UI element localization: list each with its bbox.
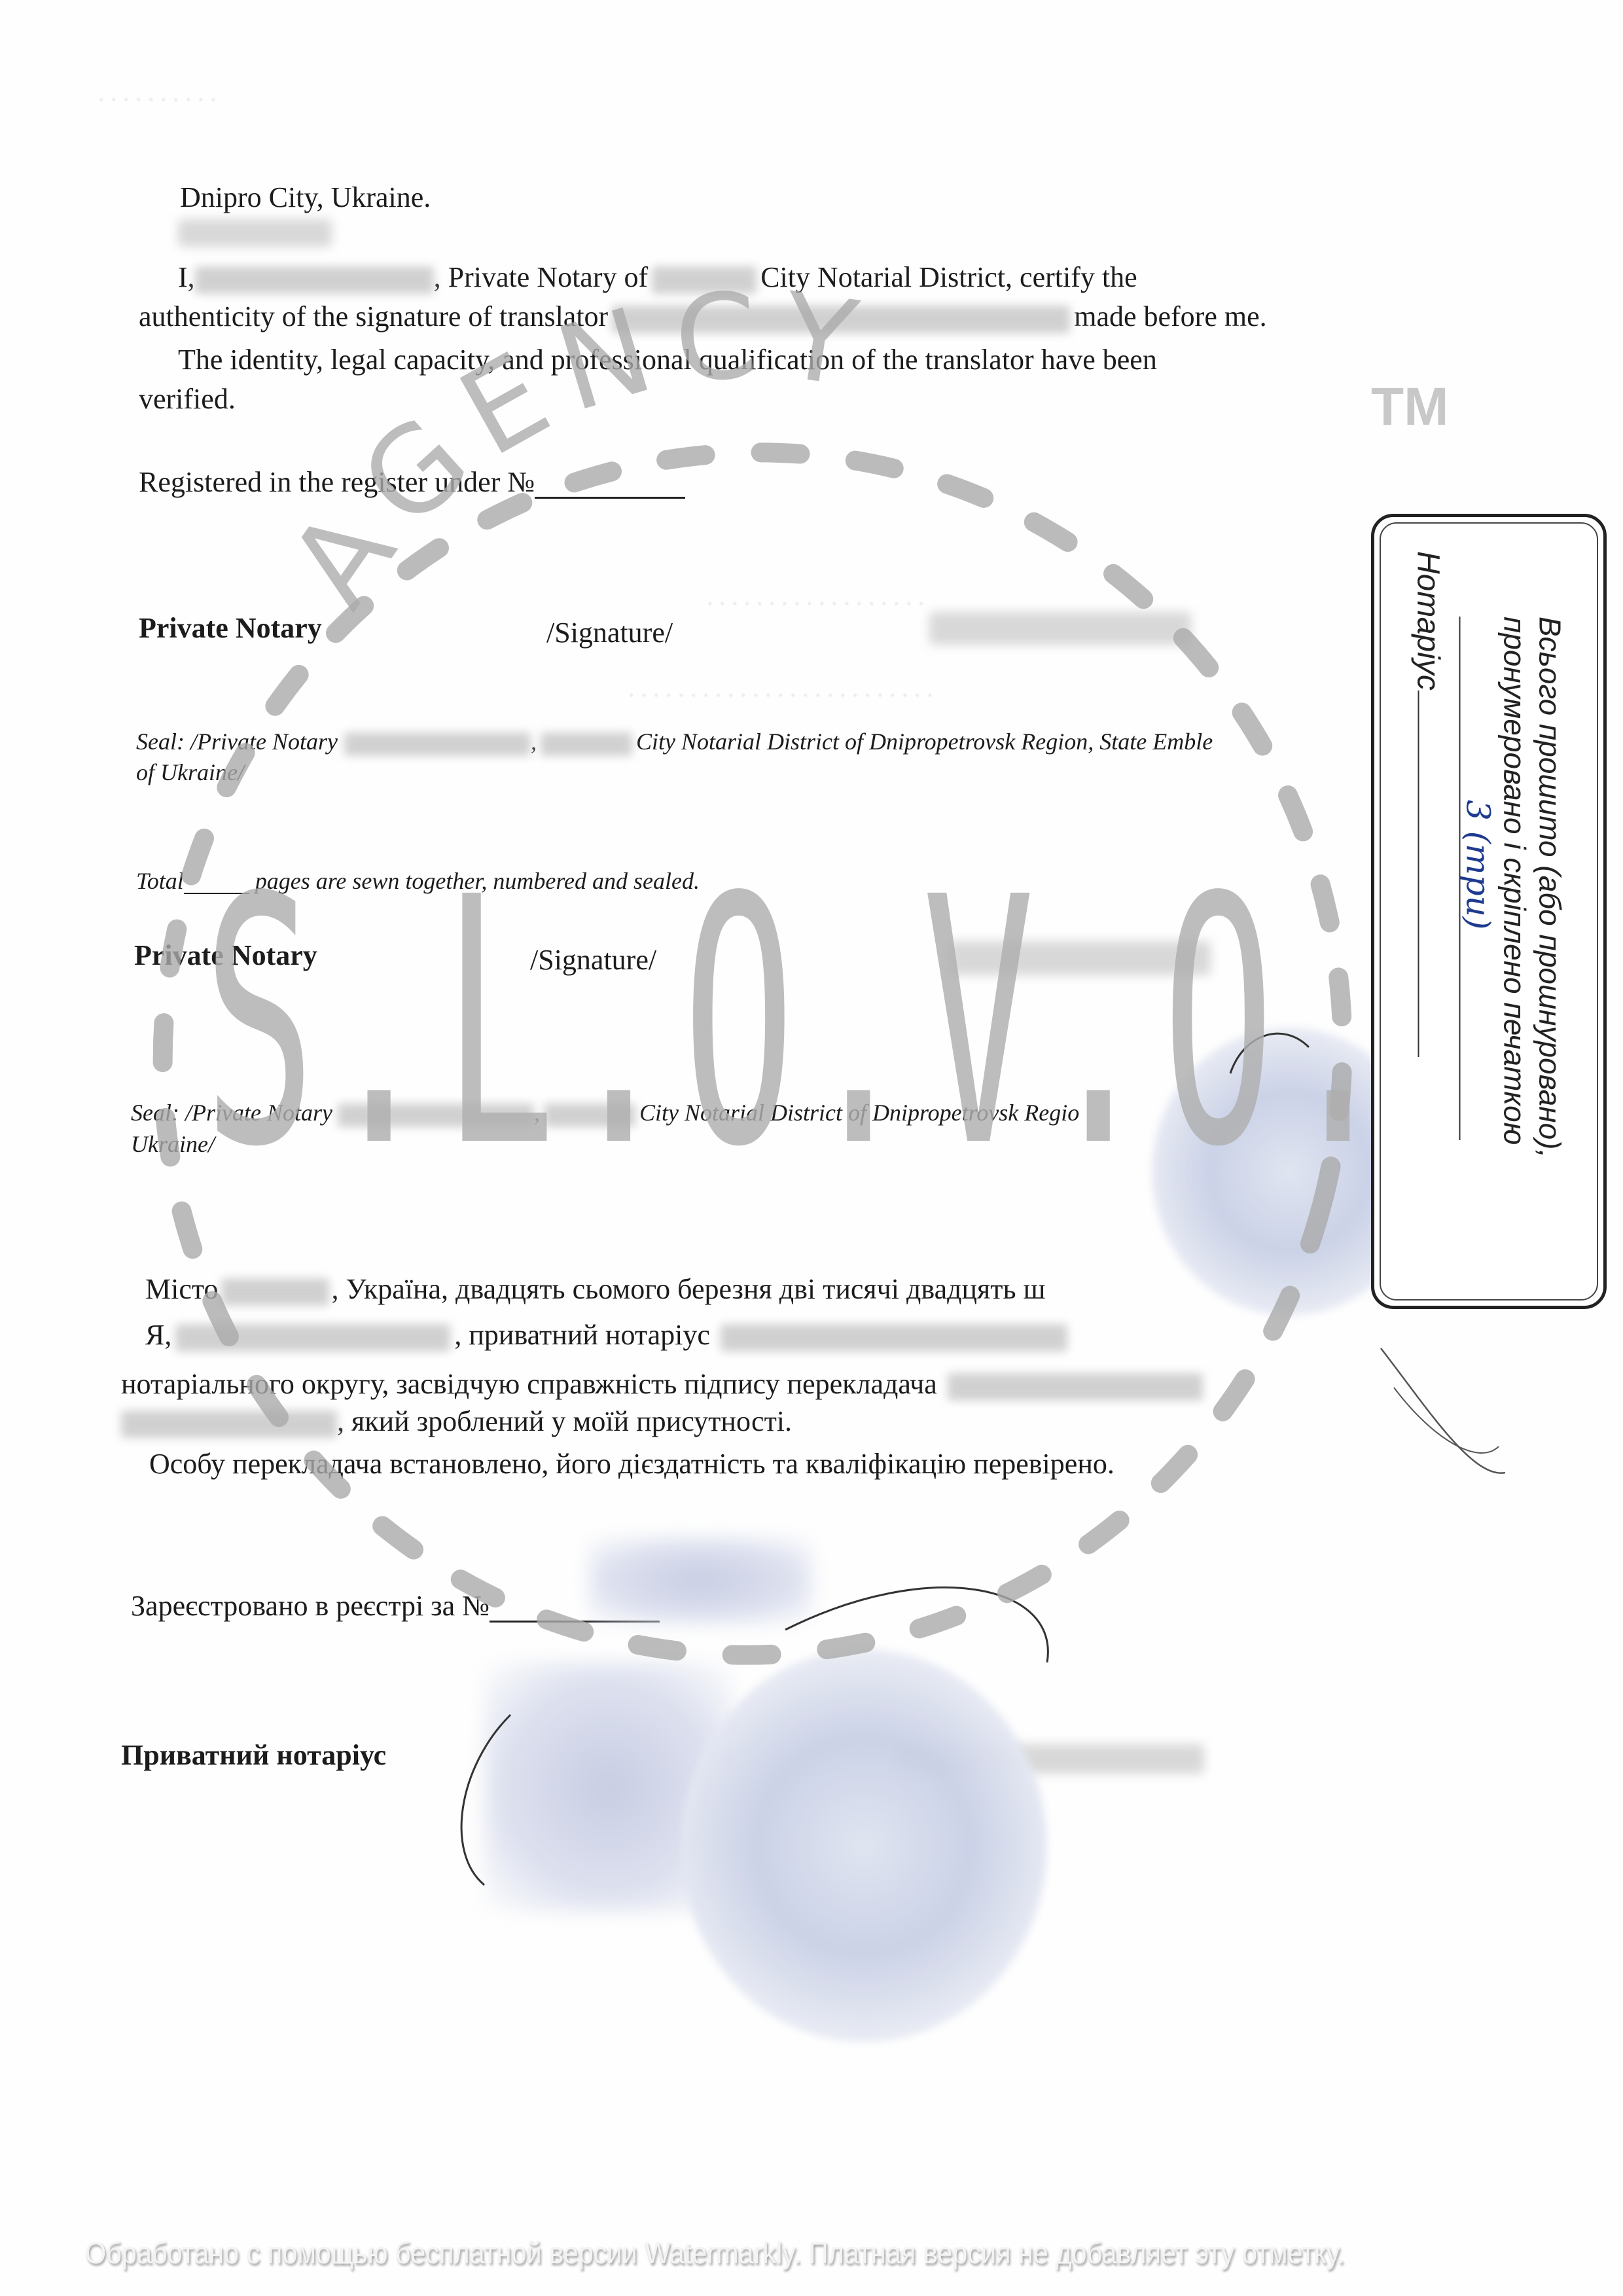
bleed-through-text: . . . . . . . . . . . . . . . . . . . . … xyxy=(628,674,933,703)
text: , приватний нотаріус xyxy=(454,1319,710,1351)
text: Total xyxy=(136,868,184,894)
redacted-notary-name xyxy=(344,732,531,756)
text: I, xyxy=(178,261,195,293)
ua-line-2: Я,, приватний нотаріус xyxy=(145,1321,1067,1352)
ua-private-notary-title: Приватний нотаріус xyxy=(121,1741,386,1770)
text: City Notarial District, certify the xyxy=(760,261,1137,293)
registered-line: Registered in the register under № xyxy=(139,468,685,499)
text: Місто xyxy=(145,1273,219,1305)
watermarkly-footer-notice: Обработано с помощью бесплатной версии W… xyxy=(85,2235,1345,2270)
private-notary-title-1: Private Notary xyxy=(139,614,322,643)
blurred-signature xyxy=(589,1538,811,1623)
seal-description-2-line-2: Ukraine/ xyxy=(131,1132,215,1156)
ua-line-3: нотаріального округу, засвідчую справжні… xyxy=(121,1370,1203,1401)
stamp-handwritten-line: 3 (три) xyxy=(1459,617,1497,1140)
text: нотаріального округу, засвідчую справжні… xyxy=(121,1368,937,1400)
stamp-line-2: пронумеровано і скріплено печаткою xyxy=(1497,617,1533,1271)
stamp-notary-label: Нотаріус xyxy=(1410,551,1446,1271)
redacted-city xyxy=(652,266,757,294)
redacted-notary-name xyxy=(195,266,434,294)
seal-description-1: Seal: /Private Notary,City Notarial Dist… xyxy=(136,730,1213,756)
bleed-through-text: . . . . . . . . . . . . . . . . . . xyxy=(707,583,925,611)
verification-line-1: The identity, legal capacity, and profes… xyxy=(178,346,1157,374)
text: City Notarial District of Dnipropetrovsk… xyxy=(636,728,1213,755)
redacted-notary-name xyxy=(175,1324,450,1352)
ua-registered-line: Зареєстровано в реєстрі за № xyxy=(131,1592,660,1623)
text: Seal: /Private Notary xyxy=(136,728,338,755)
redacted-city xyxy=(221,1278,329,1306)
ua-line-1: Місто, Україна, двадцять сьомого березня… xyxy=(145,1275,1045,1306)
text: Нотаріус xyxy=(1411,551,1446,691)
text: , який зроблений у моїй присутності. xyxy=(337,1405,792,1437)
text: Я, xyxy=(145,1319,171,1351)
redacted-city xyxy=(541,732,632,756)
signature-label-1: /Signature/ xyxy=(546,619,673,647)
redacted-date xyxy=(178,219,332,247)
notary-seal-bottom xyxy=(681,1649,1047,2042)
stamp-line-1: Всього прошито (або прошнуровано), xyxy=(1533,617,1568,1271)
seal-description-1-line-2: of Ukraine/ xyxy=(136,761,244,784)
redacted-translator-name xyxy=(612,306,1070,333)
bleed-through-text: . . . . . . . . . . xyxy=(98,79,217,107)
text: Registered in the register under № xyxy=(139,466,535,498)
redacted-translator-name xyxy=(948,1373,1203,1401)
slovo-watermark-text: S.L.O.V.O. xyxy=(203,825,1402,1221)
ua-line-4: , який зроблений у моїй присутності. xyxy=(121,1407,792,1438)
text: authenticity of the signature of transla… xyxy=(139,300,608,332)
certification-line-2: authenticity of the signature of transla… xyxy=(139,302,1267,333)
stamp-text-block: Всього прошито (або прошнуровано), прону… xyxy=(1410,551,1568,1271)
verification-line-2: verified. xyxy=(139,385,236,414)
redacted-translator-name xyxy=(121,1410,337,1438)
stamp-handwritten-count: 3 (три) xyxy=(1459,800,1497,929)
redacted-notary-name-1 xyxy=(929,612,1191,645)
city-line: Dnipro City, Ukraine. xyxy=(180,183,431,212)
redacted-district xyxy=(721,1324,1067,1352)
binding-stamp: Всього прошито (або прошнуровано), прону… xyxy=(1371,514,1607,1309)
text: , Private Notary of xyxy=(434,261,648,293)
tm-mark: TM xyxy=(1371,376,1448,438)
text: made before me. xyxy=(1074,300,1266,332)
text: Зареєстровано в реєстрі за № xyxy=(131,1590,490,1622)
text: , Україна, двадцять сьомого березня дві … xyxy=(332,1273,1046,1305)
register-number-blank xyxy=(535,468,685,499)
certification-line-1: I,, Private Notary ofCity Notarial Distr… xyxy=(178,263,1137,294)
ua-line-5: Особу перекладача встановлено, його дієз… xyxy=(149,1450,1115,1479)
